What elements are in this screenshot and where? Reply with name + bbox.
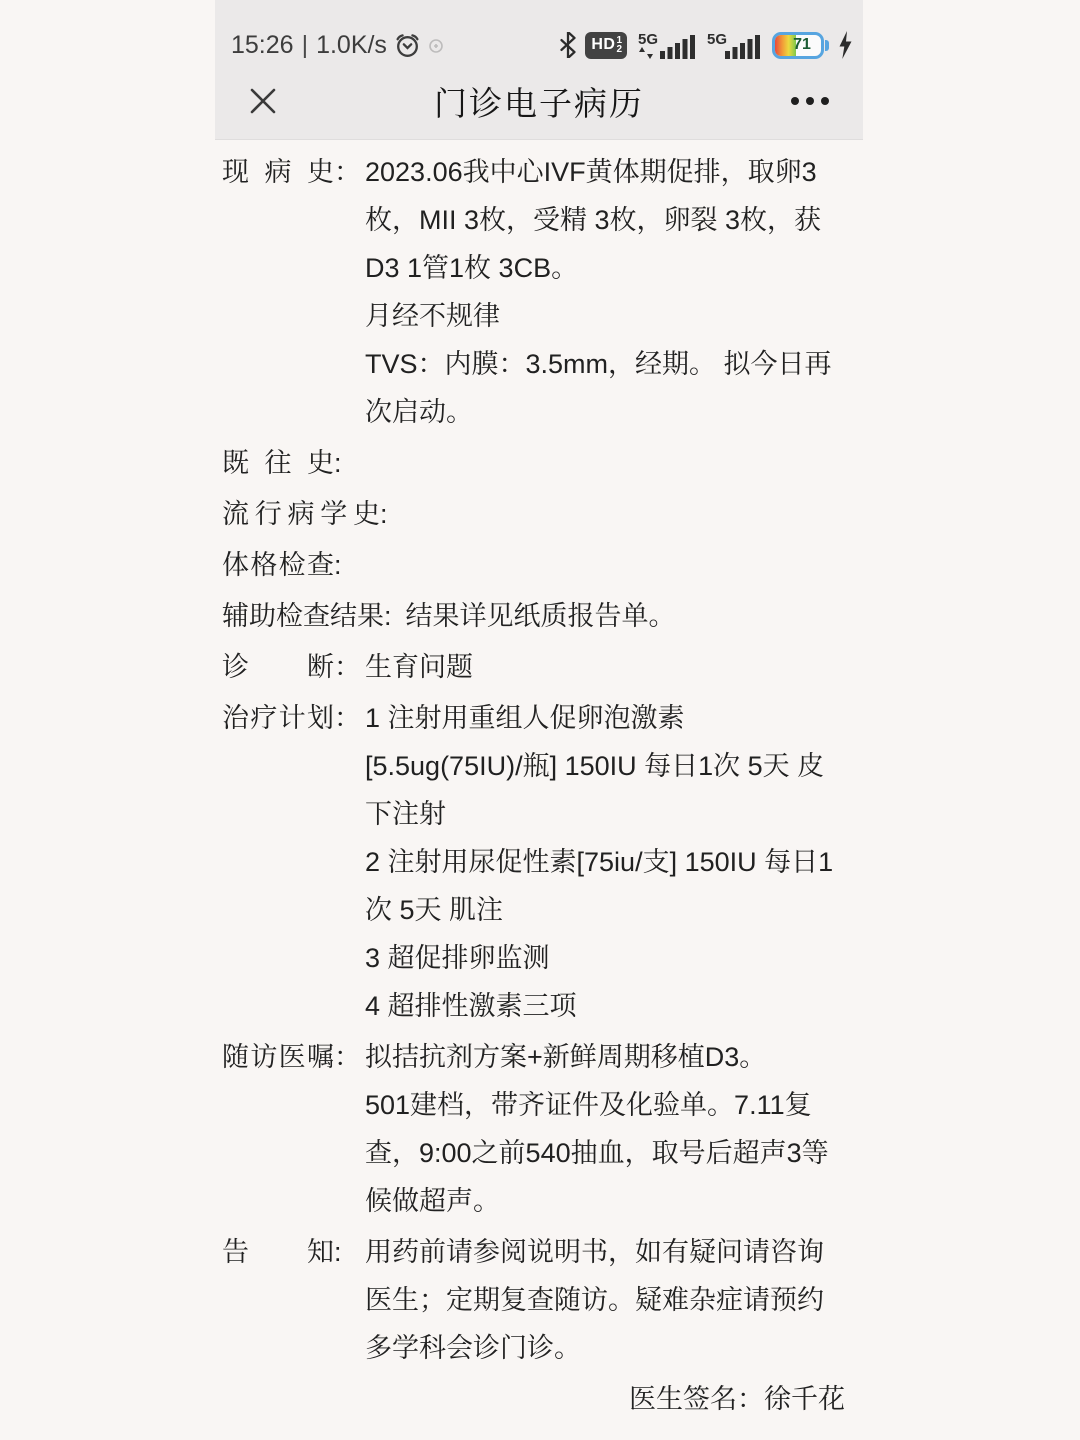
more-dot bbox=[791, 97, 799, 105]
field-colon: : bbox=[334, 1228, 342, 1372]
field-label: 流行病学史 bbox=[222, 490, 380, 538]
field-label: 现病史 bbox=[222, 148, 334, 436]
field-value: 用药前请参阅说明书，如有疑问请咨询医生；定期复查随访。疑难杂症请预约多学科会诊门… bbox=[365, 1228, 847, 1372]
record-row-epidemiology-history: 流行病学史: bbox=[222, 490, 847, 538]
svg-text:5G: 5G bbox=[707, 31, 727, 48]
field-label: 治疗计划 bbox=[222, 694, 334, 1030]
battery-icon: 71 bbox=[772, 32, 824, 59]
field-colon: ： bbox=[334, 1033, 361, 1225]
field-label: 诊断 bbox=[222, 643, 334, 691]
doctor-signature: 医生签名：徐千花 bbox=[222, 1375, 847, 1423]
field-value: 生育问题 bbox=[365, 643, 847, 691]
status-net-speed: 1.0K/s bbox=[316, 31, 387, 60]
field-label: 辅助检查结果 bbox=[222, 592, 384, 640]
record-row-present-illness: 现病史： 2023.06我中心IVF黄体期促排，取卵3枚，MII 3枚，受精 3… bbox=[222, 148, 847, 436]
status-left-group: 15:26 | 1.0K/s bbox=[231, 31, 444, 60]
screenshot-canvas: { "colors": { "page_background": "#f9f6f… bbox=[0, 0, 1080, 1440]
more-menu-button[interactable] bbox=[791, 97, 829, 105]
field-colon: ： bbox=[334, 694, 361, 1030]
field-value: 2023.06我中心IVF黄体期促排，取卵3枚，MII 3枚，受精 3枚，卵裂 … bbox=[365, 148, 847, 436]
signal-sim2-icon: 5G bbox=[707, 30, 763, 60]
status-divider: | bbox=[302, 31, 309, 60]
phone-chrome-strip: 15:26 | 1.0K/s bbox=[215, 0, 863, 140]
battery-nub bbox=[825, 40, 829, 51]
signature-name: 徐千花 bbox=[764, 1384, 845, 1414]
field-value: 拟拮抗剂方案+新鲜周期移植D3。 501建档，带齐证件及化验单。7.11复查，9… bbox=[365, 1033, 847, 1225]
field-colon: ： bbox=[334, 148, 361, 436]
record-row-physical-exam: 体格检查: bbox=[222, 541, 847, 589]
field-colon: : bbox=[380, 490, 388, 538]
field-value bbox=[365, 541, 847, 589]
nav-bar: 门诊电子病历 bbox=[215, 64, 863, 138]
medical-record: 现病史： 2023.06我中心IVF黄体期促排，取卵3枚，MII 3枚，受精 3… bbox=[215, 140, 863, 1423]
field-value bbox=[402, 490, 847, 538]
svg-text:5G: 5G bbox=[638, 31, 658, 48]
record-row-notice: 告知: 用药前请参阅说明书，如有疑问请咨询医生；定期复查随访。疑难杂症请预约多学… bbox=[222, 1228, 847, 1372]
battery-percent: 71 bbox=[783, 35, 821, 56]
record-row-treatment-plan: 治疗计划： 1 注射用重组人促卵泡激素 [5.5ug(75IU)/瓶] 150I… bbox=[222, 694, 847, 1030]
field-colon: : bbox=[334, 541, 342, 589]
field-label: 体格检查 bbox=[222, 541, 334, 589]
record-row-followup-advice: 随访医嘱： 拟拮抗剂方案+新鲜周期移植D3。 501建档，带齐证件及化验单。7.… bbox=[222, 1033, 847, 1225]
field-value: 结果详见纸质报告单。 bbox=[406, 592, 847, 640]
watermark-icon bbox=[428, 38, 444, 54]
status-time: 15:26 bbox=[231, 31, 294, 60]
signal-sim1-icon: 5G bbox=[636, 30, 698, 60]
hd-volte-badge: HD 1 2 bbox=[585, 32, 627, 59]
field-label: 随访医嘱 bbox=[222, 1033, 334, 1225]
bluetooth-icon bbox=[560, 32, 576, 58]
field-colon: ： bbox=[334, 643, 361, 691]
close-button[interactable] bbox=[243, 81, 283, 121]
field-colon: : bbox=[384, 592, 392, 640]
close-icon bbox=[252, 90, 274, 112]
more-dot bbox=[821, 97, 829, 105]
alarm-clock-icon bbox=[394, 32, 421, 59]
signature-label: 医生签名： bbox=[629, 1384, 764, 1414]
field-value bbox=[365, 439, 847, 487]
page-title: 门诊电子病历 bbox=[215, 78, 863, 125]
more-dot bbox=[806, 97, 814, 105]
record-row-diagnosis: 诊断： 生育问题 bbox=[222, 643, 847, 691]
field-label: 告知 bbox=[222, 1228, 334, 1372]
record-row-past-history: 既往史: bbox=[222, 439, 847, 487]
status-right-group: HD 1 2 5G bbox=[560, 30, 853, 60]
field-label: 既往史 bbox=[222, 439, 334, 487]
status-bar: 15:26 | 1.0K/s bbox=[215, 0, 863, 64]
charging-bolt-icon bbox=[838, 31, 853, 59]
field-value: 1 注射用重组人促卵泡激素 [5.5ug(75IU)/瓶] 150IU 每日1次… bbox=[365, 694, 847, 1030]
field-colon: : bbox=[334, 439, 342, 487]
record-row-auxiliary-results: 辅助检查结果: 结果详见纸质报告单。 bbox=[222, 592, 847, 640]
